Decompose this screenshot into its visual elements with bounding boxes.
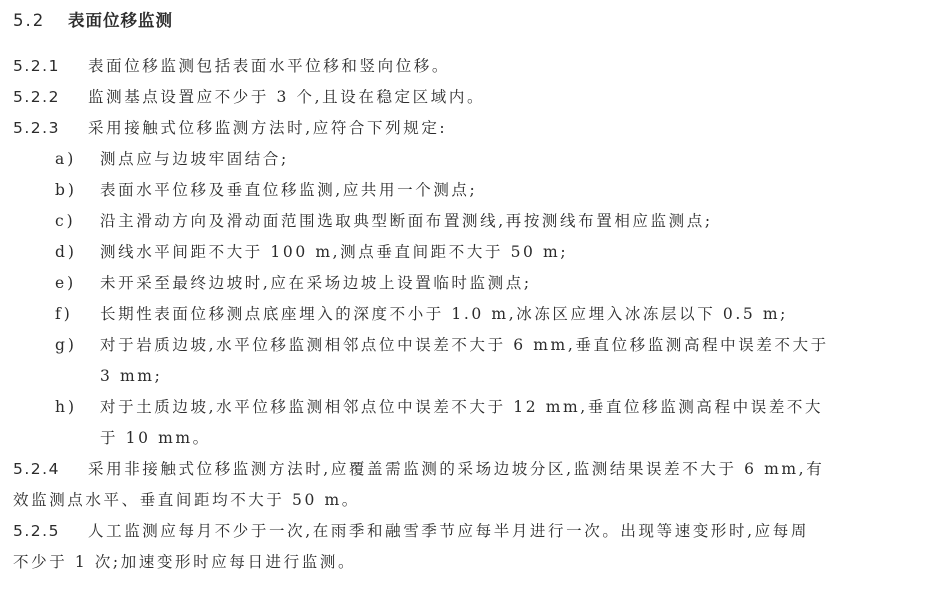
clause-5-2-3: 5.2.3采用接触式位移监测方法时,应符合下列规定:: [13, 118, 447, 138]
item-text: 测点应与边坡牢固结合;: [100, 150, 289, 168]
clause-5-2-1: 5.2.1表面位移监测包括表面水平位移和竖向位移。: [13, 56, 450, 76]
clause-number: 5.2.2: [13, 87, 88, 107]
item-label: b): [55, 180, 100, 200]
item-text: 对于岩质边坡,水平位移监测相邻点位中误差不大于 6 mm,垂直位移监测高程中误差…: [100, 336, 829, 354]
clause-text: 采用非接触式位移监测方法时,应覆盖需监测的采场边坡分区,监测结果误差不大于 6 …: [88, 460, 824, 478]
item-text: 未开采至最终边坡时,应在采场边坡上设置临时监测点;: [100, 274, 532, 292]
list-item-b: b)表面水平位移及垂直位移监测,应共用一个测点;: [55, 180, 477, 200]
item-label: g): [55, 335, 100, 355]
list-item-g: g)对于岩质边坡,水平位移监测相邻点位中误差不大于 6 mm,垂直位移监测高程中…: [55, 335, 829, 355]
list-item-a: a)测点应与边坡牢固结合;: [55, 149, 289, 169]
document-page: 5.2表面位移监测 5.2.1表面位移监测包括表面水平位移和竖向位移。 5.2.…: [0, 0, 950, 607]
section-heading: 5.2表面位移监测: [13, 7, 173, 31]
clause-number: 5.2.3: [13, 118, 88, 138]
clause-5-2-5: 5.2.5人工监测应每月不少于一次,在雨季和融雪季节应每半月进行一次。出现等速变…: [13, 521, 809, 541]
item-text: 沿主滑动方向及滑动面范围选取典型断面布置测线,再按测线布置相应监测点;: [100, 212, 713, 230]
item-text: 表面水平位移及垂直位移监测,应共用一个测点;: [100, 181, 477, 199]
item-label: d): [55, 242, 100, 262]
clause-text: 采用接触式位移监测方法时,应符合下列规定:: [88, 119, 447, 137]
clause-number: 5.2.1: [13, 56, 88, 76]
item-text-continuation: 于 10 mm。: [100, 429, 211, 447]
clause-text: 监测基点设置应不少于 3 个,且设在稳定区域内。: [88, 88, 485, 106]
clause-5-2-4: 5.2.4采用非接触式位移监测方法时,应覆盖需监测的采场边坡分区,监测结果误差不…: [13, 459, 824, 479]
list-item-d: d)测线水平间距不大于 100 m,测点垂直间距不大于 50 m;: [55, 242, 568, 262]
item-text-continuation: 3 mm;: [100, 367, 162, 385]
item-label: c): [55, 211, 100, 231]
item-label: e): [55, 273, 100, 293]
clause-text-continuation: 效监测点水平、垂直间距均不大于 50 m。: [13, 491, 360, 509]
clause-number: 5.2.4: [13, 459, 88, 479]
list-item-h-continuation: 于 10 mm。: [100, 428, 211, 448]
section-title: 表面位移监测: [68, 11, 173, 30]
list-item-h: h)对于土质边坡,水平位移监测相邻点位中误差不大于 12 mm,垂直位移监测高程…: [55, 397, 823, 417]
item-label: h): [55, 397, 100, 417]
clause-5-2-5-continuation: 不少于 1 次;加速变形时应每日进行监测。: [13, 552, 356, 572]
section-number: 5.2: [13, 11, 68, 30]
item-label: f): [55, 304, 100, 324]
list-item-f: f)长期性表面位移测点底座埋入的深度不小于 1.0 m,冰冻区应埋入冰冻层以下 …: [55, 304, 788, 324]
list-item-g-continuation: 3 mm;: [100, 366, 162, 386]
list-item-c: c)沿主滑动方向及滑动面范围选取典型断面布置测线,再按测线布置相应监测点;: [55, 211, 713, 231]
item-text: 对于土质边坡,水平位移监测相邻点位中误差不大于 12 mm,垂直位移监测高程中误…: [100, 398, 823, 416]
list-item-e: e)未开采至最终边坡时,应在采场边坡上设置临时监测点;: [55, 273, 532, 293]
clause-text-continuation: 不少于 1 次;加速变形时应每日进行监测。: [13, 553, 356, 571]
clause-5-2-2: 5.2.2监测基点设置应不少于 3 个,且设在稳定区域内。: [13, 87, 485, 107]
item-text: 测线水平间距不大于 100 m,测点垂直间距不大于 50 m;: [100, 243, 568, 261]
clause-text: 表面位移监测包括表面水平位移和竖向位移。: [88, 57, 450, 75]
clause-text: 人工监测应每月不少于一次,在雨季和融雪季节应每半月进行一次。出现等速变形时,应每…: [88, 522, 809, 540]
clause-5-2-4-continuation: 效监测点水平、垂直间距均不大于 50 m。: [13, 490, 360, 510]
item-label: a): [55, 149, 100, 169]
clause-number: 5.2.5: [13, 521, 88, 541]
item-text: 长期性表面位移测点底座埋入的深度不小于 1.0 m,冰冻区应埋入冰冻层以下 0.…: [100, 305, 788, 323]
